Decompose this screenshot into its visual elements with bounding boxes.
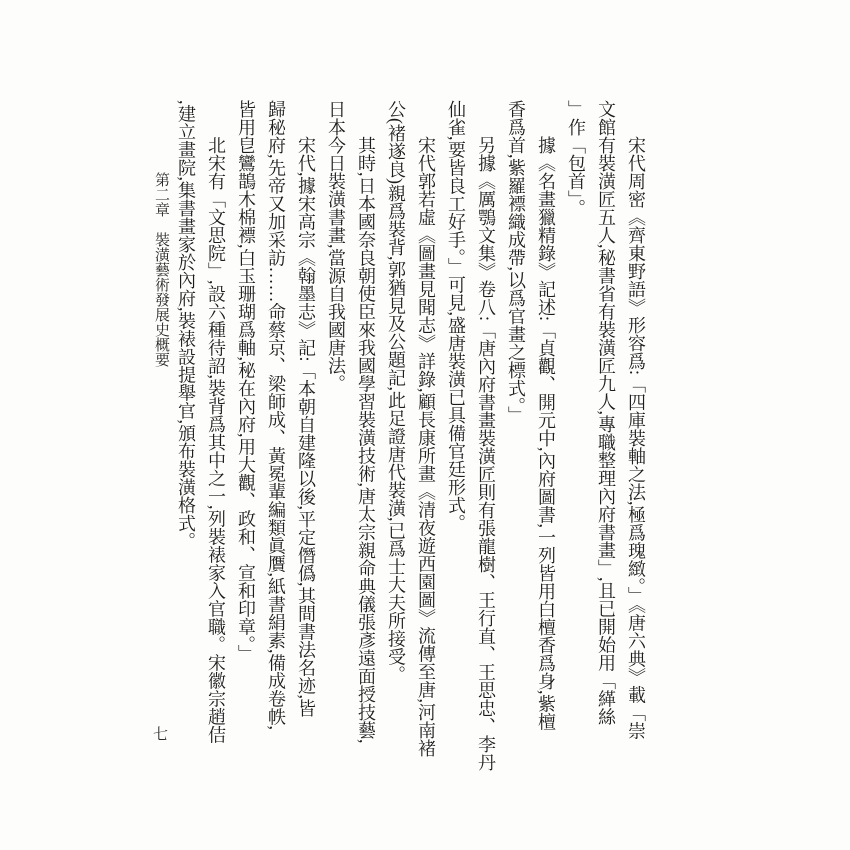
page-number: 七	[151, 726, 166, 741]
text-column-10: 其時,日本國奈良朝使臣來我國學習裝潢技術,唐太宗親命典儀張彥遠面授技藝,	[357, 100, 375, 744]
text-column-16: ,建立畫院,集書畫家於內府,裝裱設提舉官,頒布裝潢格式。	[177, 100, 195, 550]
text-column-11: 日本今日裝潢書畫,當源自我國唐法。	[327, 100, 345, 393]
text-column-8: 宋代郭若虛《圖畫見聞志》詳錄,顧長康所畫《清夜遊西園圖》流傳至唐,河南褚	[417, 100, 435, 757]
text-column-4: 據《名畫獵精錄》記述:「貞觀、開元中,內府圖書,一列皆用白檀香爲身,紫檀	[537, 100, 555, 731]
text-column-5: 香爲首,紫羅褾織成帶,以爲官畫之標式。」	[507, 100, 525, 424]
text-column-15: 北宋有「文思院」,設六種待詔,裝背爲其中之一,列裝裱家入官職。宋徽宗趙佶	[207, 100, 225, 744]
text-column-1: 宋代周密《齊東野語》形容爲:「四庫裝軸之法,極爲瑰緻。」《唐六典》載「崇	[627, 100, 645, 740]
text-column-6: 另據《厲鶚文集》卷八:「唐內府書畫裝潢匠則有張龍樹、王行直、王思忠、李丹	[477, 100, 495, 771]
text-column-14: 皆用皀鸞鵲木棉褾,白玉珊瑚爲軸,秘在內府,用大觀、政和、宣和印章。」	[237, 100, 255, 663]
chapter-running-header: 第二章 裝潢藝術發展史概要	[153, 172, 168, 367]
text-column-9: 公(褚遂良)親爲裝背,郭猶見及公題記,此足證唐代裝潢,已爲士大夫所接受。	[387, 100, 405, 684]
book-page: 宋代周密《齊東野語》形容爲:「四庫裝軸之法,極爲瑰緻。」《唐六典》載「崇 文館有…	[0, 0, 850, 850]
text-column-12: 宋代,據宋高宗《翰墨志》記:「本朝自建隆以後,平定僭僞,其間書法名迹,皆	[297, 100, 315, 717]
text-column-7: 仙雀,要皆良工好手。」可見,盛唐裝潢已具備官廷形式。	[447, 100, 465, 532]
text-column-13: 歸秘府,先帝又加采訪……命蔡京、梁師成、黃冕輩編類眞贋,紙書絹素,備成卷帙,	[267, 100, 285, 730]
text-column-2: 文館有裝潢匠五人,秘書省有裝潢匠九人,專職整理內府書畫」,且已開始用「緙絲	[597, 100, 615, 726]
text-column-3: 」作「包首」。	[567, 100, 585, 217]
